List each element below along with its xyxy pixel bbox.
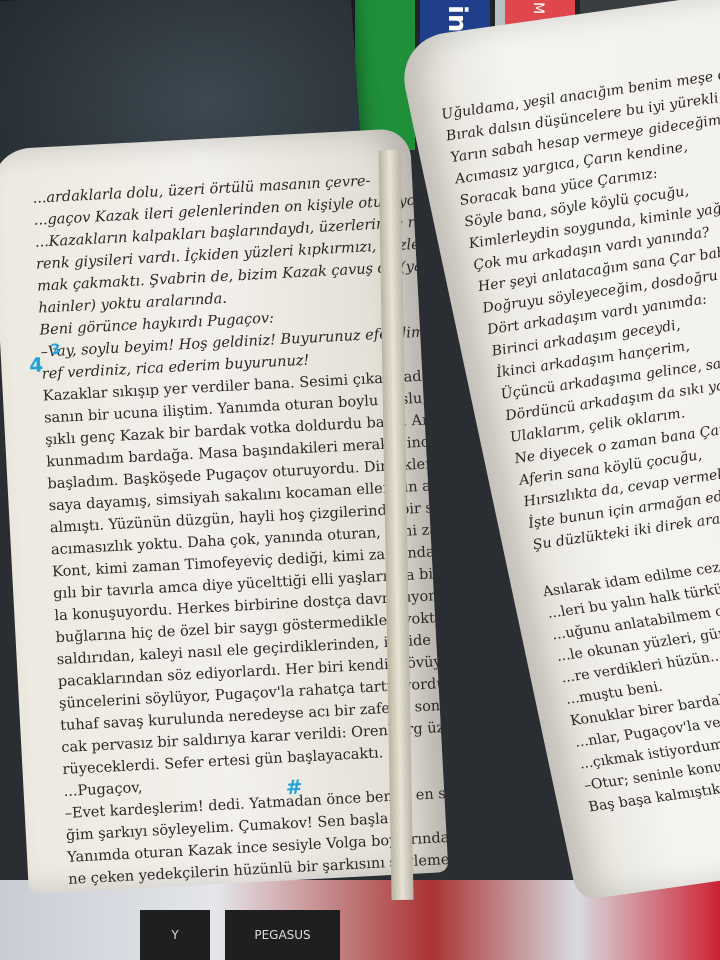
margin-annotation: #: [285, 775, 303, 800]
margin-annotation: 3: [50, 342, 61, 358]
bottom-book-y: Y: [140, 910, 210, 960]
left-page-text: ...ardaklarla dolu, üzeri örtülü masanın…: [32, 168, 439, 893]
margin-annotation: 4: [29, 353, 44, 378]
publisher-name: PEGASUS: [254, 928, 310, 942]
right-page-poem: Uğuldama, yeşil anacığım benim meşe orma…: [439, 55, 720, 818]
photo-scene: inayeti M VAR! Y PEGASUS ...ardaklarla d…: [0, 0, 720, 960]
bottom-book-pegasus: PEGASUS: [225, 910, 340, 960]
book-logo: Y: [171, 928, 178, 942]
right-page: Uğuldama, yeşil anacığım benim meşe orma…: [395, 0, 720, 901]
